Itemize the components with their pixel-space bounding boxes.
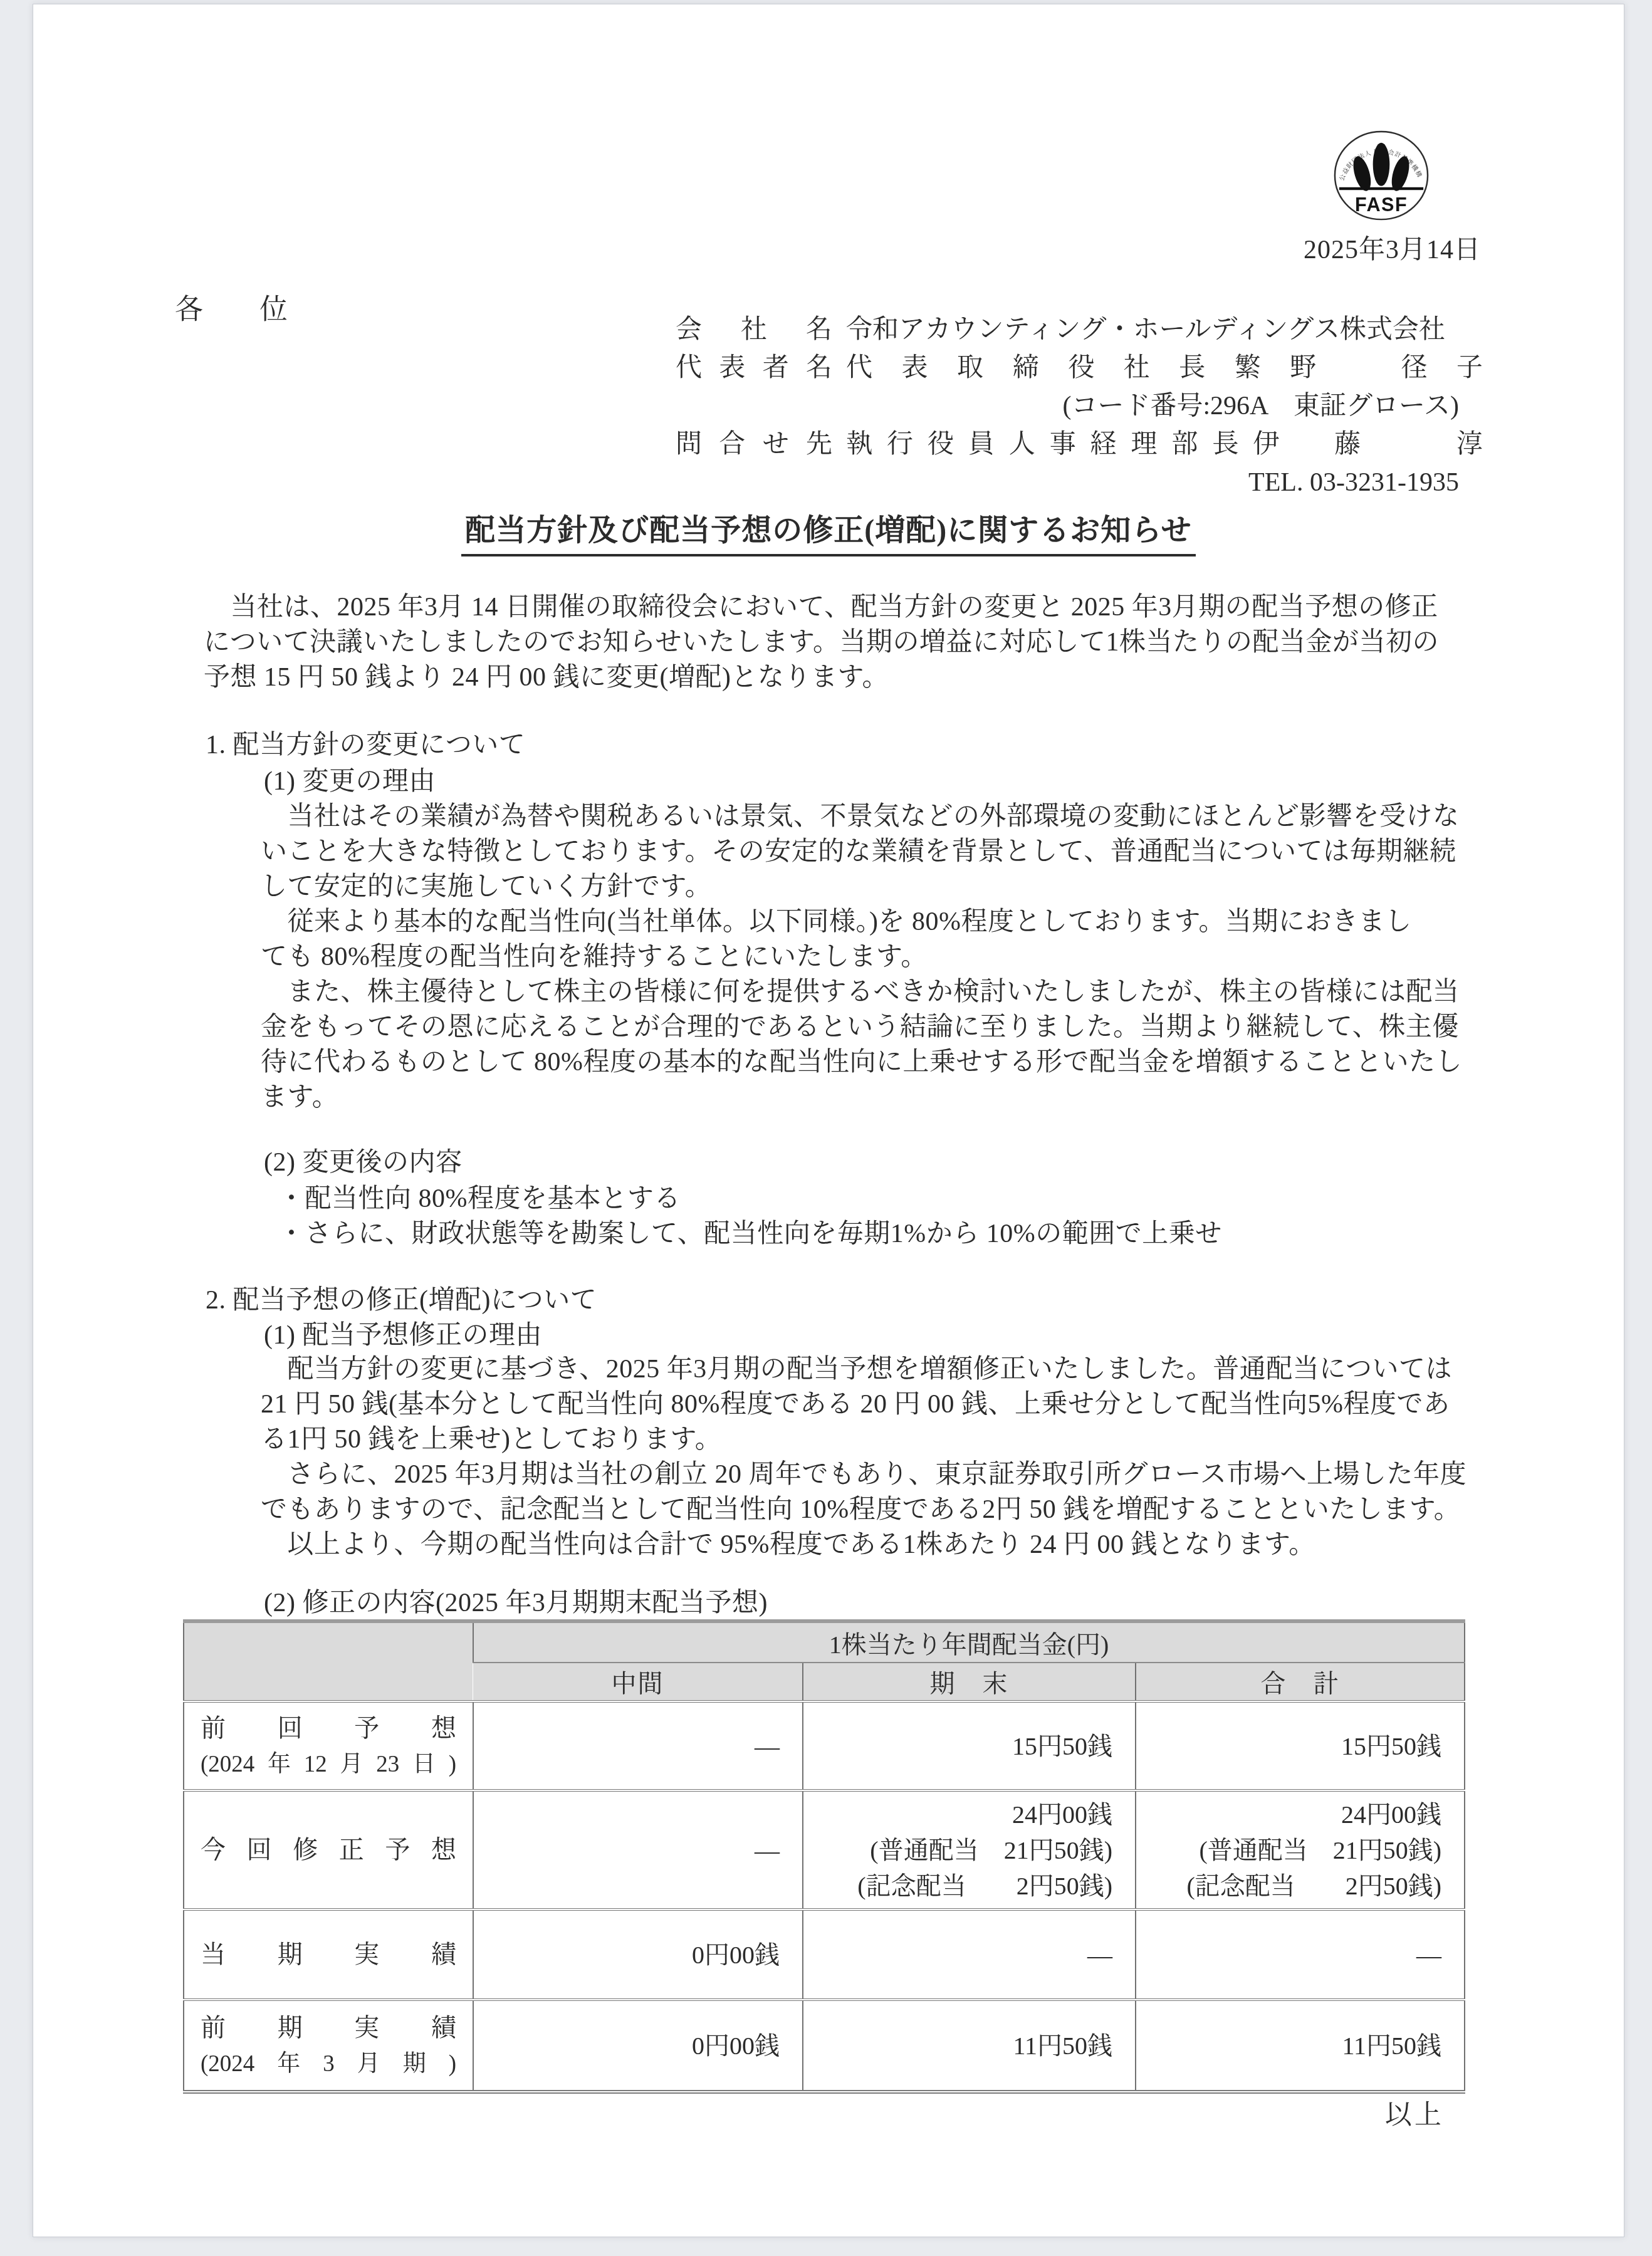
row-label-cell: 今回修正予想 bbox=[184, 1790, 473, 1909]
representative-label: 代表者名 bbox=[676, 349, 832, 387]
row-label-cell: 前期実績 (2024年3月期) bbox=[184, 2000, 473, 2092]
table-row-current-actual: 当期実績 0円00銭 ― ― bbox=[184, 1909, 1465, 2000]
section-1-sub-2: (2) 変更後の内容 bbox=[264, 1146, 462, 1179]
cell-total: ― bbox=[1136, 1909, 1465, 2000]
dividend-table: 1株当たり年間配当金(円) 中間 期 末 合 計 前回予想 (2024年12月2… bbox=[183, 1619, 1465, 2094]
intro-paragraph: 当社は、2025 年3月 14 日開催の取締役会において、配当方針の変更と 20… bbox=[204, 590, 1570, 695]
cell-interim: ― bbox=[473, 1701, 803, 1790]
section-1-body: 当社はその業績が為替や関税あるいは景気、不景気などの外部環境の変動にほとんど影響… bbox=[261, 799, 1589, 1115]
company-name-value: 令和アカウンティング・ホールディングス株式会社 bbox=[846, 311, 1483, 349]
logo-fasf-text: FASF bbox=[1355, 194, 1408, 216]
section-2-sub-1: (1) 配当予想修正の理由 bbox=[264, 1319, 542, 1352]
representative-row: 代表者名 代表取締役社長繁野 径子 bbox=[676, 349, 1483, 387]
fasf-logo-graphic: 公益財団法人 財務会計基準機構 会員 FASF bbox=[1332, 130, 1431, 224]
cell-total: 11円50銭 bbox=[1136, 2000, 1465, 2092]
table-row-previous-forecast: 前回予想 (2024年12月23日) ― 15円50銭 15円50銭 bbox=[184, 1701, 1465, 1790]
section-1-heading: 1. 配当方針の変更について bbox=[206, 729, 525, 761]
row-label: 当期実績 bbox=[201, 1936, 456, 1973]
section-1-paragraph-3: また、株主優待として株主の皆様に何を提供するべきか検討いたしましたが、株主の皆様… bbox=[261, 974, 1589, 1115]
document-date: 2025年3月14日 bbox=[1304, 229, 1481, 266]
table-corner-cell bbox=[184, 1621, 473, 1701]
fasf-logo: 公益財団法人 財務会計基準機構 会員 FASF bbox=[1332, 130, 1431, 224]
representative-value: 代表取締役社長繁野 径子 bbox=[846, 349, 1483, 387]
cell-yearend: 15円50銭 bbox=[803, 1701, 1136, 1790]
section-2-heading: 2. 配当予想の修正(増配)について bbox=[206, 1284, 597, 1317]
company-name-label: 会社名 bbox=[676, 311, 832, 349]
dividend-table-wrap: 1株当たり年間配当金(円) 中間 期 末 合 計 前回予想 (2024年12月2… bbox=[183, 1619, 1464, 2094]
contact-value: 執行役員人事経理部長伊 藤 淳 bbox=[846, 426, 1483, 464]
row-label-note: (2024年3月期) bbox=[201, 2047, 456, 2082]
cell-total: 24円00銭 (普通配当 21円50銭) (記念配当 2円50銭) bbox=[1136, 1790, 1465, 1909]
company-name-row: 会社名 令和アカウンティング・ホールディングス株式会社 bbox=[676, 311, 1483, 349]
document-scan: { "logo": { "rim_text": "公益財団法人 財務会計基準機構… bbox=[0, 0, 1652, 2256]
section-2-paragraph-2: さらに、2025 年3月期は当社の創立 20 周年でもあり、東京証券取引所グロー… bbox=[261, 1457, 1589, 1527]
cell-yearend: 11円50銭 bbox=[803, 2000, 1136, 2092]
row-label: 前期実績 bbox=[201, 2009, 456, 2047]
row-label-note: (2024年12月23日) bbox=[201, 1747, 456, 1782]
column-header-total: 合 計 bbox=[1136, 1663, 1465, 1701]
closing-mark: 以上 bbox=[1385, 2094, 1444, 2132]
section-1-paragraph-2: 従来より基本的な配当性向(当社単体。以下同様。)を 80%程度としております。当… bbox=[261, 904, 1589, 974]
row-label: 前回予想 bbox=[201, 1710, 456, 1747]
document-title: 配当方針及び配当予想の修正(増配)に関するお知らせ bbox=[461, 506, 1196, 556]
contact-label: 問合せ先 bbox=[676, 426, 832, 464]
section-2-paragraph-3: 以上より、今期の配当性向は合計で 95%程度である1株あたり 24 円 00 銭… bbox=[261, 1527, 1589, 1562]
cell-interim: ― bbox=[473, 1790, 803, 1909]
contact-row: 問合せ先 執行役員人事経理部長伊 藤 淳 bbox=[676, 426, 1483, 464]
recipient: 各 位 bbox=[175, 286, 288, 327]
cell-interim: 0円00銭 bbox=[473, 2000, 803, 2092]
row-label-cell: 当期実績 bbox=[184, 1909, 473, 2000]
section-2-paragraph-1: 配当方針の変更に基づき、2025 年3月期の配当予想を増額修正いたしました。普通… bbox=[261, 1352, 1589, 1457]
section-2-sub-2: (2) 修正の内容(2025 年3月期期末配当予想) bbox=[264, 1587, 768, 1619]
column-header-yearend: 期 末 bbox=[803, 1663, 1136, 1701]
cell-total: 15円50銭 bbox=[1136, 1701, 1465, 1790]
company-info-block: 会社名 令和アカウンティング・ホールディングス株式会社 代表者名 代表取締役社長… bbox=[676, 311, 1483, 502]
table-row-prior-actual: 前期実績 (2024年3月期) 0円00銭 11円50銭 11円50銭 bbox=[184, 2000, 1465, 2092]
section-1-sub-1: (1) 変更の理由 bbox=[264, 765, 436, 798]
section-1-paragraph-1: 当社はその業績が為替や関税あるいは景気、不景気などの外部環境の変動にほとんど影響… bbox=[261, 799, 1589, 904]
table-header-group-row: 1株当たり年間配当金(円) bbox=[184, 1621, 1465, 1663]
title-row: 配当方針及び配当予想の修正(増配)に関するお知らせ bbox=[33, 506, 1624, 556]
cell-yearend: ― bbox=[803, 1909, 1136, 2000]
row-label-cell: 前回予想 (2024年12月23日) bbox=[184, 1701, 473, 1790]
table-row-revised-forecast: 今回修正予想 ― 24円00銭 (普通配当 21円50銭) (記念配当 2円50… bbox=[184, 1790, 1465, 1909]
stock-code-line: (コード番号:296A 東証グロース) bbox=[676, 387, 1483, 426]
row-label: 今回修正予想 bbox=[201, 1831, 456, 1869]
section-2-body: 配当方針の変更に基づき、2025 年3月期の配当予想を増額修正いたしました。普通… bbox=[261, 1352, 1589, 1562]
telephone-line: TEL. 03-3231-1935 bbox=[676, 464, 1483, 502]
cell-interim: 0円00銭 bbox=[473, 1909, 803, 2000]
column-header-interim: 中間 bbox=[473, 1663, 803, 1701]
policy-bullet-list: ・配当性向 80%程度を基本とする ・さらに、財政状態等を勘案して、配当性向を毎… bbox=[278, 1181, 1563, 1251]
document-page: 公益財団法人 財務会計基準機構 会員 FASF 2025年3月14日 各 位 会… bbox=[33, 4, 1624, 2237]
table-group-header: 1株当たり年間配当金(円) bbox=[473, 1621, 1465, 1663]
cell-yearend: 24円00銭 (普通配当 21円50銭) (記念配当 2円50銭) bbox=[803, 1790, 1136, 1909]
